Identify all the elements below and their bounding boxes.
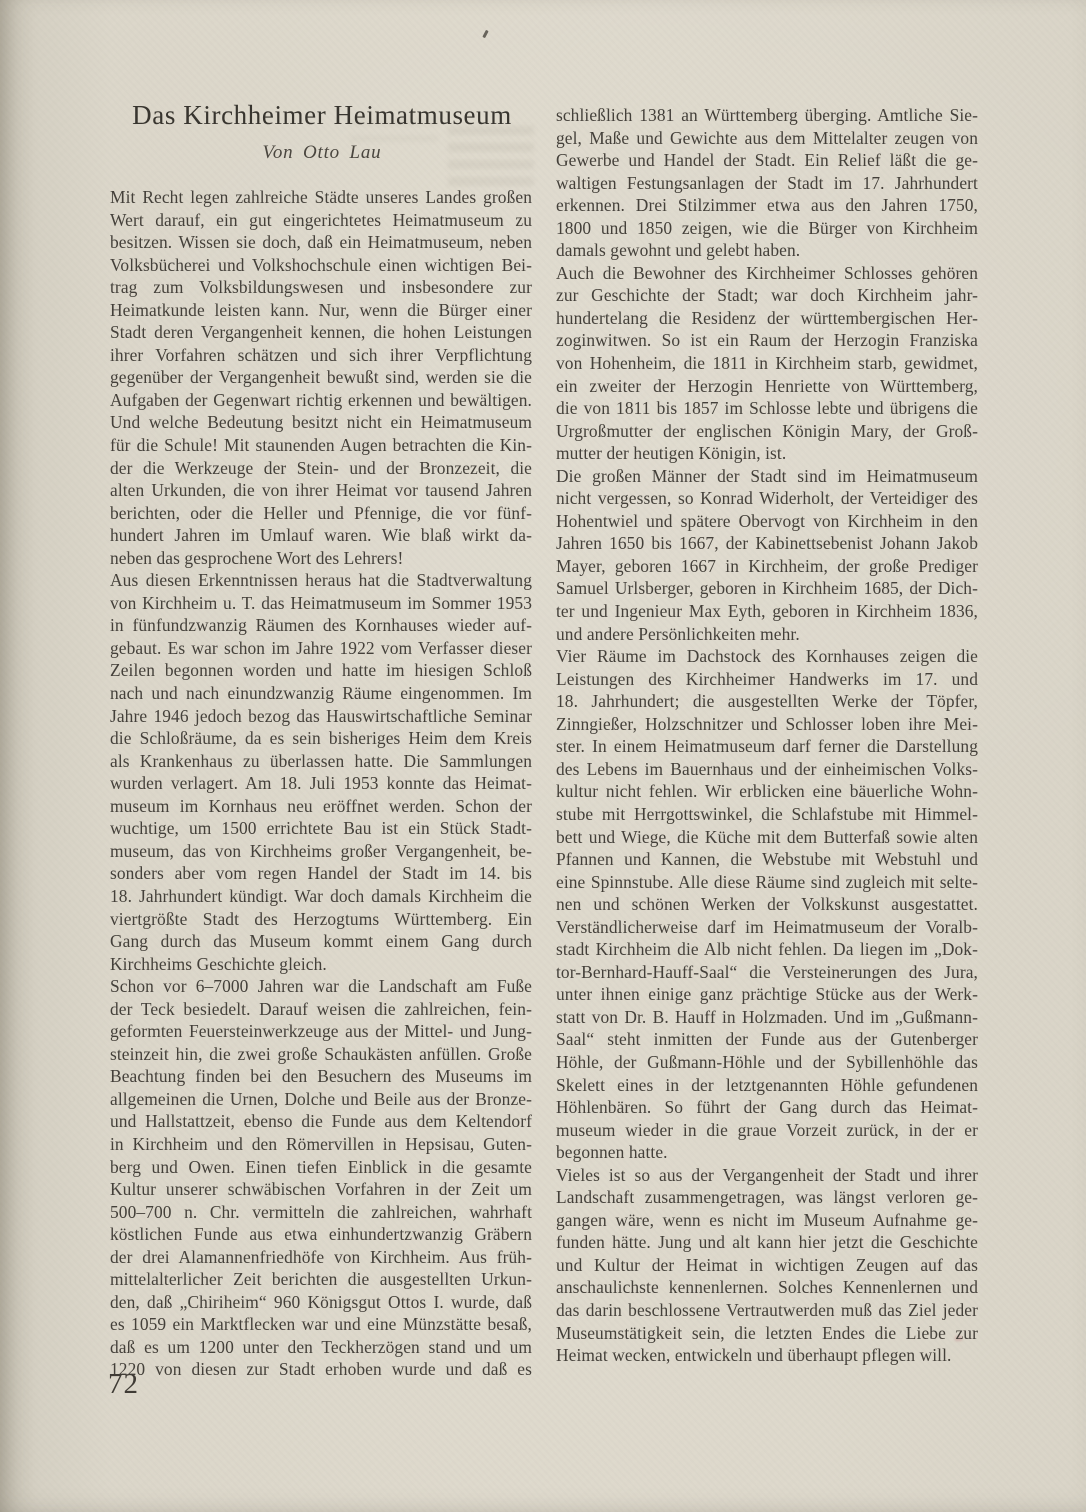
text-line: bett und Wiege, die Küche mit dem Butter… [556,826,978,849]
text-line: viertgrößte Stadt des Herzogtums Württem… [110,908,532,931]
text-line: Pfannen und Kannen, die Webstube mit Web… [556,848,978,871]
text-line: und Hallstattzeit, ebenso die Funde aus … [110,1110,532,1133]
text-line: mutter der heutigen Königin, ist. [556,442,978,465]
text-line: Verständlicherweise darf im Heimatmuseum… [556,916,978,939]
text-line: begonnen hatte. [556,1141,978,1164]
text-line: Kirchheims Geschichte gleich. [110,953,532,976]
text-line: Museumstätigkeit sein, die letzten Endes… [556,1322,978,1345]
text-line: wuchtige, um 1500 errichtete Bau ist ein… [110,817,532,840]
page-number: 72 [108,1368,139,1401]
text-line: 18. Jahrhundert kündigt. War doch damals… [110,885,532,908]
text-line: Höhle, der Gußmann-Höhle und der Sybille… [556,1051,978,1074]
text-line: von Hohenheim, die 1811 in Kirchheim sta… [556,352,978,375]
text-line: Mit Recht legen zahlreiche Städte unsere… [110,186,532,209]
text-line: Vier Räume im Dachstock des Kornhauses z… [556,645,978,668]
text-line: als Krankenhaus zu überlassen hatte. Die… [110,750,532,773]
text-line: es 1059 ein Marktflecken war und eine Mü… [110,1313,532,1336]
text-line: Höhlenbären. So führt der Gang durch das… [556,1096,978,1119]
text-line: museum, das von Kirchheims großer Vergan… [110,840,532,863]
article-header: Das Kirchheimer Heimatmuseum Von Otto La… [110,98,534,165]
text-line: ein zweiter der Herzogin Henriette von W… [556,375,978,398]
text-line: anschaulichste kennenlernen. Solches Ken… [556,1276,978,1299]
text-line: Volksbücherei und Volkshochschule einen … [110,254,532,277]
text-line: nen und schönen Werken der Volkskunst au… [556,893,978,916]
text-line: Beachtung finden bei den Besuchern des M… [110,1065,532,1088]
text-line: der drei Alamannenfriedhöfe von Kirchhei… [110,1246,532,1269]
text-line: Jahren 1650 bis 1667, der Kabinettsebeni… [556,532,978,555]
text-line: und andere Persönlichkeiten mehr. [556,623,978,646]
text-line: Urgroßmutter der englischen Königin Mary… [556,420,978,443]
scanned-book-page: Das Kirchheimer Heimatmuseum Von Otto La… [0,0,1086,1512]
text-line: zur Geschichte der Stadt; war doch Kirch… [556,284,978,307]
text-line: waltigen Festungsanlagen der Stadt im 17… [556,172,978,195]
text-line: Jahre 1946 jedoch bezog das Hauswirtscha… [110,705,532,728]
text-line: geformten Feuersteinwerkzeuge aus der Mi… [110,1020,532,1043]
text-line: gel, Maße und Gewichte aus dem Mittelalt… [556,127,978,150]
text-line: berichten, oder die Heller und Pfennige,… [110,502,532,525]
text-line: statt von Dr. B. Hauff in Holzmaden. Und… [556,1006,978,1029]
text-line: Gang durch das Museum kommt einem Gang d… [110,930,532,953]
text-line: Kultur unserer schwäbischen Vorfahren in… [110,1178,532,1201]
text-line: 1800 und 1850 zeigen, wie die Bürger von… [556,217,978,240]
text-line: Zinngießer, Holzschnitzer und Schlosser … [556,713,978,736]
scan-speck [482,30,488,38]
text-line: erkennen. Drei Stilzimmer etwa aus den J… [556,194,978,217]
text-line: steinzeit hin, die zwei große Schaukäste… [110,1043,532,1066]
text-line: sonders aber vom regen Handel der Stadt … [110,862,532,885]
text-line: Stadt deren Vergangenheit kennen, die ho… [110,321,532,344]
text-line: Auch die Bewohner des Kirchheimer Schlos… [556,262,978,285]
text-line: daß es um 1200 unter den Teckherzögen st… [110,1336,532,1359]
article-title: Das Kirchheimer Heimatmuseum [110,98,534,132]
left-text-column: Mit Recht legen zahlreiche Städte unsere… [110,186,532,1381]
text-line: gegenüber der Vergangenheit bewußt sind,… [110,366,532,389]
text-line: die von 1811 bis 1857 im Schlosse lebte … [556,397,978,420]
text-line: der Teck besiedelt. Darauf weisen die za… [110,998,532,1021]
text-line: alten Urkunden, die von ihrer Heimat vor… [110,479,532,502]
text-line: gebaut. Es war schon im Jahre 1922 vom V… [110,637,532,660]
text-line: Samuel Urlsberger, geboren in Kirchheim … [556,577,978,600]
text-line: allgemeinen die Urnen, Dolche und Beile … [110,1088,532,1111]
text-line: Und welche Bedeutung besitzt nicht ein H… [110,411,532,434]
text-line: ter und Ingenieur Max Eyth, geboren in K… [556,600,978,623]
text-line: das darin beschlossene Vertrautwerden mu… [556,1299,978,1322]
text-line: Aus diesen Erkenntnissen heraus hat die … [110,569,532,592]
article-byline: Von Otto Lau [110,141,534,165]
text-line: kultur nicht fehlen. Wir erblicken eine … [556,780,978,803]
text-line: Schon vor 6–7000 Jahren war die Landscha… [110,975,532,998]
text-line: unter ihnen einige ganz prächtige Stücke… [556,983,978,1006]
text-line: museum im Kornhaus neu eröffnet werden. … [110,795,532,818]
text-line: nicht vergessen, so Konrad Widerholt, de… [556,487,978,510]
text-line: gangen wäre, wenn es nicht im Museum Auf… [556,1209,978,1232]
text-line: Zeilen begonnen worden und hatte im hies… [110,659,532,682]
text-line: nach und nach einundzwanzig Räume eingen… [110,682,532,705]
text-line: besitzen. Wissen sie doch, daß ein Heima… [110,231,532,254]
text-line: die Schloßräume, da es sein bisheriges H… [110,727,532,750]
text-line: berg und Owen. Einen tiefen Einblick in … [110,1156,532,1179]
text-line: Landschaft zusammengetragen, was längst … [556,1186,978,1209]
text-line: Mayer, geboren 1667 in Kirchheim, der gr… [556,555,978,578]
text-line: des Lebens im Bauernhaus und der einheim… [556,758,978,781]
text-line: damals gewohnt und gelebt haben. [556,239,978,262]
text-line: für die Schule! Mit staunenden Augen bet… [110,434,532,457]
text-line: ster. In einem Heimatmuseum darf ferner … [556,735,978,758]
text-line: Hohentwiel und spätere Obervogt von Kirc… [556,510,978,533]
text-line: den, daß „Chiriheim“ 960 Königsgut Ottos… [110,1291,532,1314]
text-line: eine Spinnstube. Alle diese Räume sind z… [556,871,978,894]
text-line: 1220 von diesen zur Stadt erhoben wurde … [110,1358,532,1381]
text-line: in fünfundzwanzig Räumen des Kornhauses … [110,614,532,637]
text-line: Saal“ steht inmitten der Funde aus der G… [556,1028,978,1051]
text-line: Gewerbe und Handel der Stadt. Ein Relief… [556,149,978,172]
text-line: zoginwitwen. So ist ein Raum der Herzogi… [556,329,978,352]
text-line: Aufgaben der Gegenwart richtig erkennen … [110,389,532,412]
text-line: von Kirchheim u. T. das Heimatmuseum im … [110,592,532,615]
text-line: funden hätte. Jung und alt kann hier jet… [556,1231,978,1254]
text-line: ihrer Vorfahren schätzen und sich ihrer … [110,344,532,367]
text-line: tor-Bernhard-Hauff-Saal“ die Versteineru… [556,961,978,984]
text-line: Heimat wecken, entwickeln und überhaupt … [556,1344,978,1367]
text-line: stube mit Herrgottswinkel, die Schlafstu… [556,803,978,826]
text-line: mittelalterlicher Zeit berichten die aus… [110,1268,532,1291]
right-text-column: schließlich 1381 an Württemberg überging… [556,104,978,1367]
text-line: köstlichen Funde aus etwa einhundertzwan… [110,1223,532,1246]
text-line: neben das gesprochene Wort des Lehrers! [110,547,532,570]
text-line: stadt Kirchheim die Alb nicht fehlen. Da… [556,938,978,961]
text-line: Die großen Männer der Stadt sind im Heim… [556,465,978,488]
text-line: museum wieder in die graue Vorzeit zurüc… [556,1119,978,1142]
text-line: der die Werkzeuge der Stein- und der Bro… [110,457,532,480]
text-line: wurden verlagert. Am 18. Juli 1953 konnt… [110,772,532,795]
text-line: trag zum Volksbildungswesen und insbeson… [110,276,532,299]
text-line: Heimatkunde leisten kann. Nur, wenn die … [110,299,532,322]
text-line: Skelett eines in der letztgenannten Höhl… [556,1074,978,1097]
text-line: hundertelang die Residenz der württember… [556,307,978,330]
text-line: Leistungen des Kirchheimer Handwerks im … [556,668,978,691]
text-line: in Kirchheim und den Römervillen in Heps… [110,1133,532,1156]
text-line: und Kultur der Heimat in wichtigen Zeuge… [556,1254,978,1277]
text-line: Vieles ist so aus der Vergangenheit der … [556,1164,978,1187]
text-line: hundert Jahren im Umlauf waren. Wie blaß… [110,524,532,547]
text-line: schließlich 1381 an Württemberg überging… [556,104,978,127]
text-line: 500–700 n. Chr. vermitteln die zahlreich… [110,1201,532,1224]
text-line: 18. Jahrhundert; die ausgestellten Werke… [556,690,978,713]
text-line: Wert darauf, ein gut eingerichtetes Heim… [110,209,532,232]
